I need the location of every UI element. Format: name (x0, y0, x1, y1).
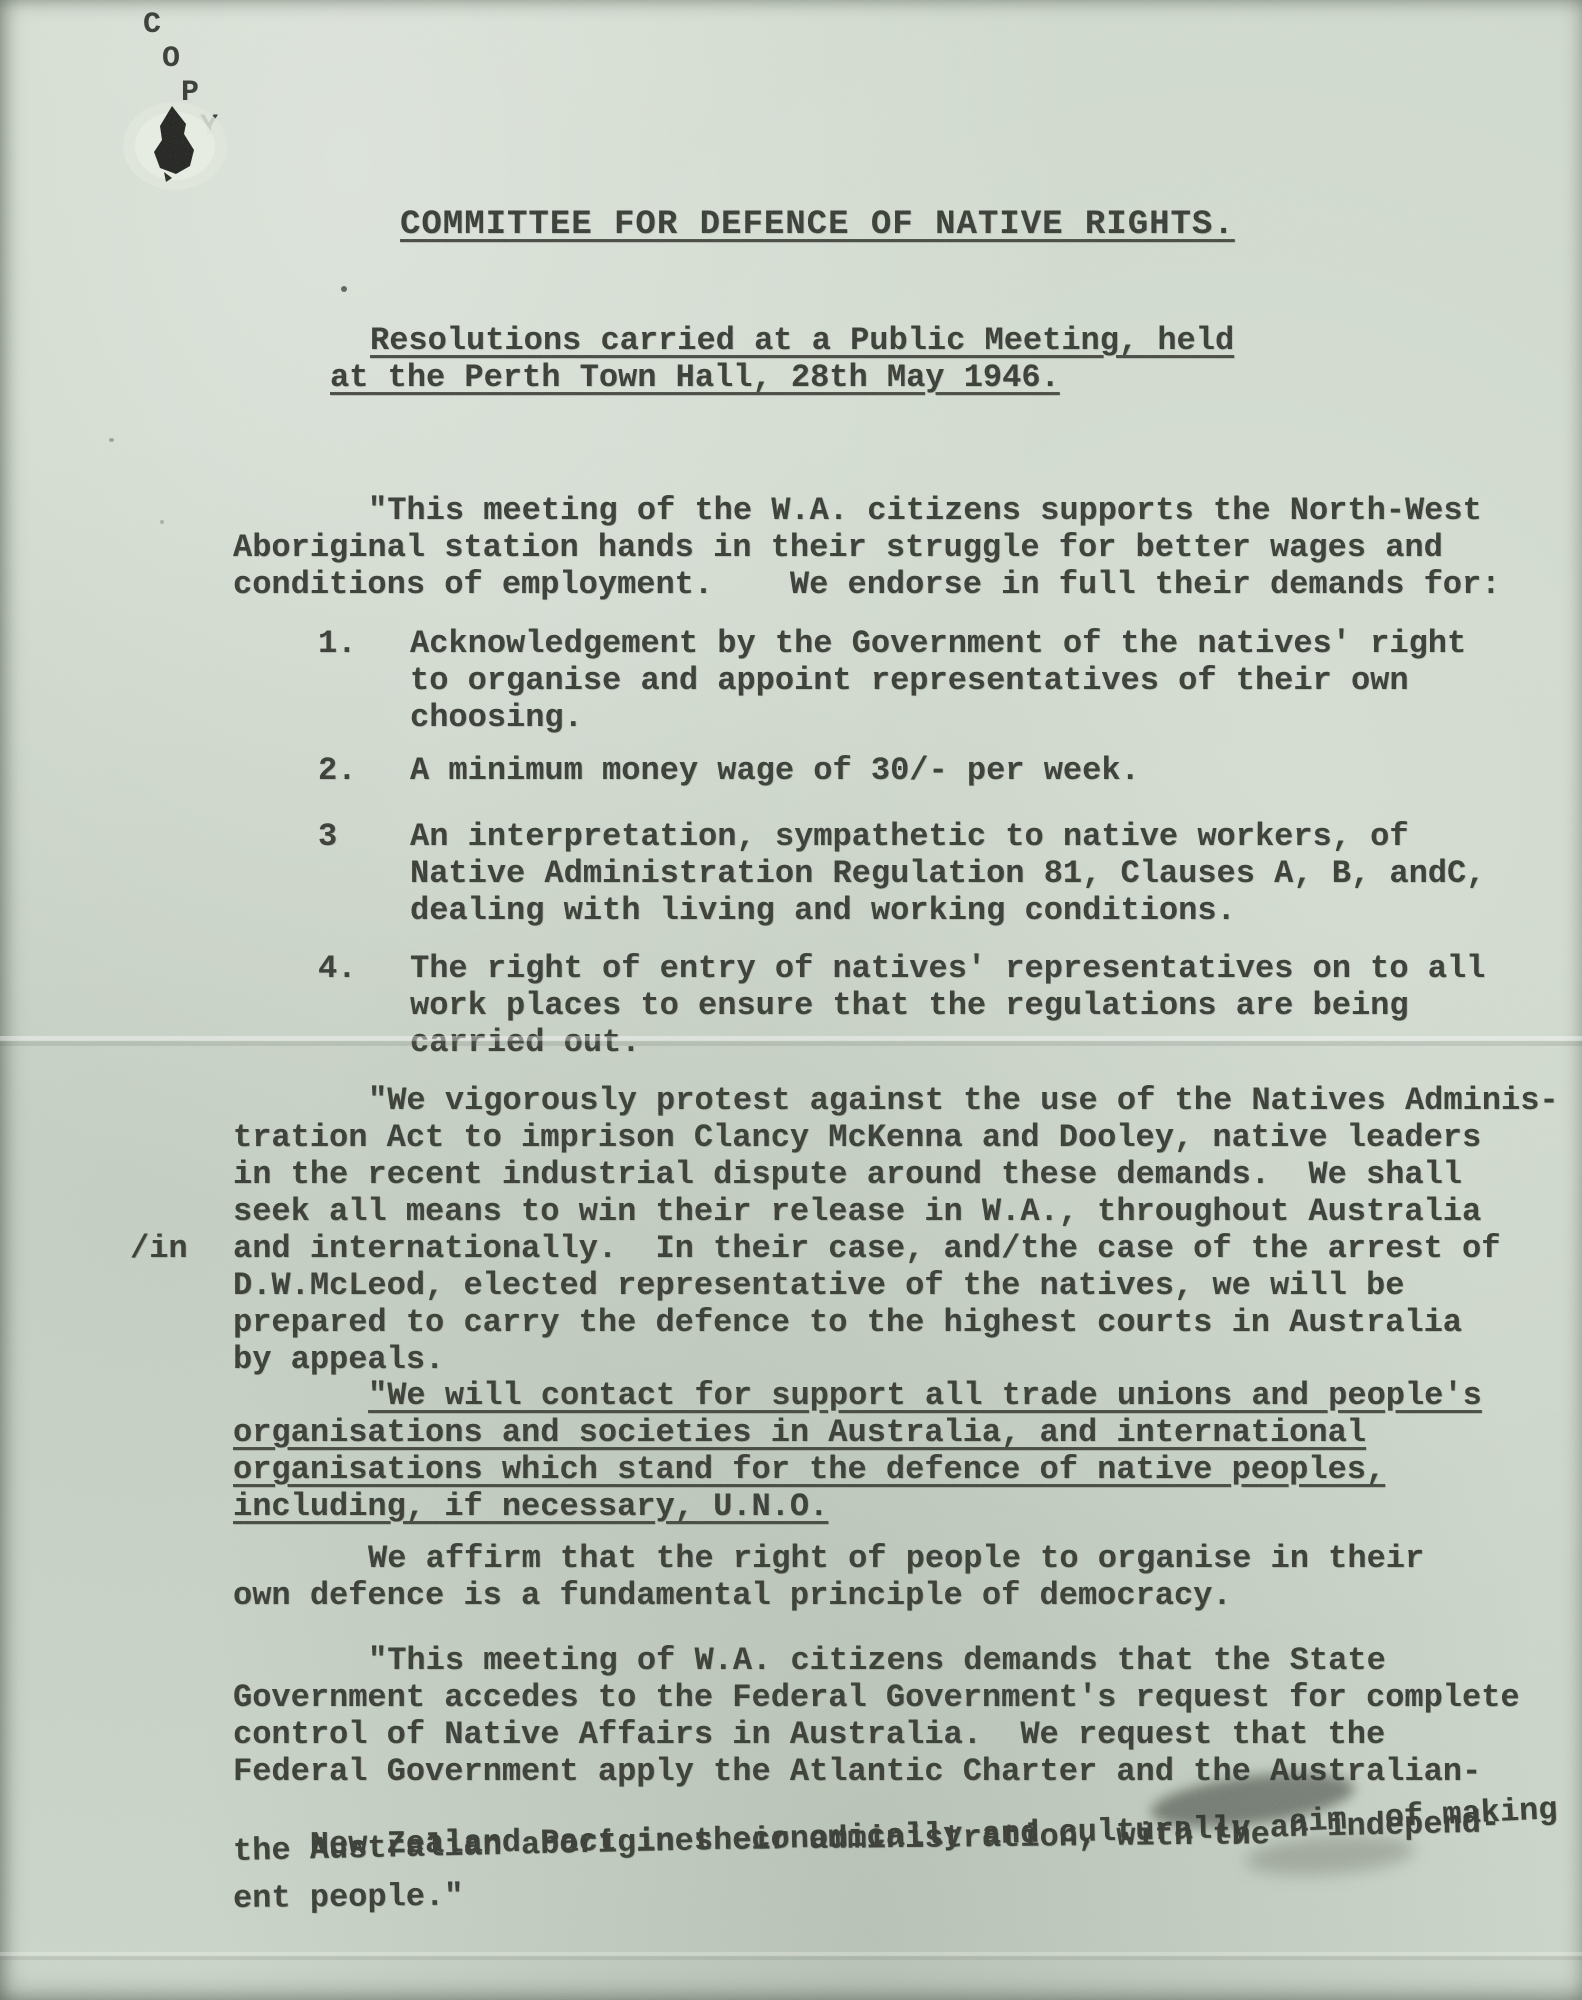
list-item-2: 2. A minimum money wage of 30/- per week… (318, 752, 1140, 789)
fold-crease-bottom (0, 1952, 1582, 1960)
scanned-document-page: C O P Y COMMITTEE FOR DEFENCE OF NATIVE … (0, 0, 1582, 2000)
item-text: The right of entry of natives' represent… (410, 950, 1485, 1061)
copy-letter-o: O (162, 42, 180, 76)
item-number: 1. (318, 625, 410, 736)
ink-speck (341, 286, 347, 292)
item-text: A minimum money wage of 30/- per week. (410, 752, 1140, 789)
paper-hole (120, 88, 240, 198)
doc-subtitle: Resolutions carried at a Public Meeting,… (330, 322, 1234, 396)
item-number: 3 (318, 818, 410, 929)
margin-note: /in (130, 1230, 188, 1267)
paragraph-contact: "We will contact for support all trade u… (233, 1377, 1482, 1525)
list-item-1: 1. Acknowledgement by the Government of … (318, 625, 1466, 736)
paragraph-protest: "We vigorously protest against the use o… (233, 1082, 1559, 1378)
ink-speck (109, 438, 114, 442)
copy-letter-c: C (143, 8, 161, 42)
item-text: Acknowledgement by the Government of the… (410, 625, 1466, 736)
list-item-4: 4. The right of entry of natives' repres… (318, 950, 1485, 1061)
list-item-3: 3 An interpretation, sympathetic to nati… (318, 818, 1485, 929)
ink-speck (160, 520, 164, 524)
paragraph-demands: "This meeting of W.A. citizens demands t… (233, 1642, 1520, 1790)
paragraph-intro: "This meeting of the W.A. citizens suppo… (233, 492, 1500, 603)
paragraph-affirm: We affirm that the right of people to or… (233, 1540, 1424, 1614)
item-text: An interpretation, sympathetic to native… (410, 818, 1485, 929)
doc-title: COMMITTEE FOR DEFENCE OF NATIVE RIGHTS. (400, 207, 1235, 244)
item-number: 4. (318, 950, 410, 1061)
paragraph-demands-line7: ent people." (233, 1878, 464, 1917)
item-number: 2. (318, 752, 410, 789)
